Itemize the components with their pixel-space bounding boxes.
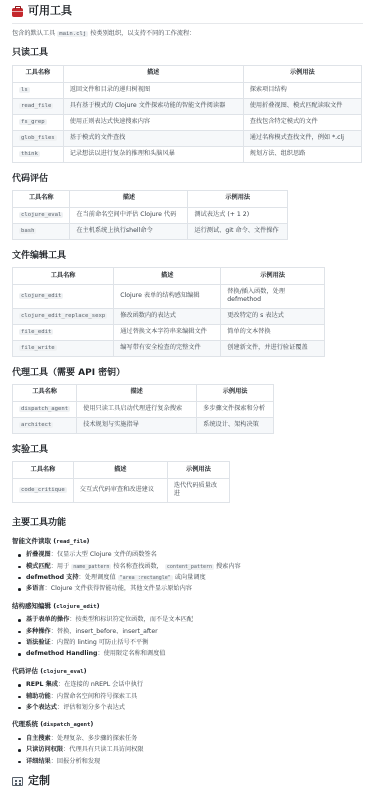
file-editing-tools-heading: 文件编辑工具 (12, 250, 363, 262)
feature-text: ：替换、insert_before、insert_after (51, 628, 158, 635)
feature-list: 自主搜索：处理复杂、多步骤的探索任务 只读访问权限：代理具有只读工具访问权限 详… (12, 735, 363, 766)
list-item: 辅助功能：内置命名空间和符号探索工具 (26, 693, 363, 701)
feature-term: defmethod 支持 (26, 574, 79, 581)
feature-term: 模式匹配 (26, 563, 51, 570)
tool-usage: 探索项目结构 (243, 82, 361, 98)
tool-usage: 多步骤文件探索和分析 (197, 401, 274, 417)
feature-group-title: 智能文件读取 (read_file) (12, 537, 363, 547)
feature-text: 搜索内容 (214, 563, 241, 570)
tool-description: 使用只读工具启动代理进行复杂搜索 (77, 401, 197, 417)
tool-name-cell: clojure_edit_replace_sexp (13, 308, 114, 324)
experimental-tools-heading: 实验工具 (12, 444, 363, 456)
tool-description: 在当前命名空间中评估 Clojure 代码 (70, 207, 188, 223)
intro-text-start: 包含的默认工具 (12, 30, 57, 37)
tool-description: 返回文件和目录的递归树视图 (63, 82, 243, 98)
tool-name: clojure_edit (19, 293, 63, 299)
customization-heading: 定制 (12, 774, 363, 793)
feature-text: ：处理复杂、多步骤的探索任务 (51, 735, 138, 742)
tool-name-cell: code_critique (13, 478, 74, 502)
feature-text: ：处理调度值 (79, 574, 118, 581)
intro-code: main.clj (57, 31, 88, 37)
available-tools-title: 可用工具 (28, 4, 72, 19)
table-row: think 记录想法以进行复杂的推理和头脑风暴 规划方法、组织思路 (13, 146, 362, 162)
tool-name-cell: architect (13, 417, 77, 433)
tool-description: 修改函数内的表达式 (114, 308, 221, 324)
feature-group-title: 代码评估 (clojure_eval) (12, 667, 363, 677)
feature-term: 自主搜索 (26, 735, 51, 742)
column-header-name: 工具名称 (13, 461, 74, 478)
table-row: clojure_eval 在当前命名空间中评估 Clojure 代码 测试表达式… (13, 207, 288, 223)
feature-group-code: clojure_eval (43, 669, 83, 675)
list-item: REPL 集成：在连接的 nREPL 会话中执行 (26, 681, 363, 689)
column-header-description: 描述 (73, 461, 167, 478)
tool-name: code_critique (19, 487, 67, 493)
tool-name-cell: read_file (13, 98, 64, 114)
list-item: 基于表单的操作：按类型和标识符定位函数，而不是文本匹配 (26, 616, 363, 624)
tool-name-cell: clojure_eval (13, 207, 70, 223)
column-header-name: 工具名称 (13, 65, 64, 82)
tool-usage: 简单的文本替换 (221, 324, 325, 340)
table-row: read_file 具有基于模式的 Clojure 文件探索功能的智能文件阅读器… (13, 98, 362, 114)
column-header-usage: 示例用法 (243, 65, 361, 82)
feature-term: 语法验证 (26, 639, 51, 646)
tool-usage: 创建新文件，并进行验证覆盖 (221, 340, 325, 356)
feature-term: 详细结果 (26, 758, 51, 765)
tool-name: think (19, 151, 40, 157)
table-row: file_write 编写带有安全检查的完整文件 创建新文件，并进行验证覆盖 (13, 340, 325, 356)
tool-name: file_edit (19, 329, 53, 335)
tool-description: 基于模式的文件查找 (63, 130, 243, 146)
tool-name-cell: ls (13, 82, 64, 98)
tool-description: 使用正则表达式快速搜索内容 (63, 114, 243, 130)
toolbox-icon (12, 8, 23, 17)
feature-text: ：在连接的 nREPL 会话中执行 (58, 681, 143, 688)
feature-term: 多种操作 (26, 628, 51, 635)
feature-text: ：评估和划分多个表达式 (57, 704, 125, 711)
intro-text: 包含的默认工具 main.clj 按类别组织，以支持不同的工作流程： (12, 30, 363, 39)
feature-term: 辅助功能 (26, 693, 51, 700)
tool-name-cell: clojure_edit (13, 284, 114, 308)
tool-description: 具有基于模式的 Clojure 文件探索功能的智能文件阅读器 (63, 98, 243, 114)
feature-group-code: clojure_edit (56, 604, 96, 610)
tool-name: bash (19, 228, 36, 234)
tool-name: glob_files (19, 135, 57, 141)
feature-list: 基于表单的操作：按类型和标识符定位函数，而不是文本匹配 多种操作：替换、inse… (12, 616, 363, 658)
tool-name: architect (19, 422, 53, 428)
list-item: 折叠视图：仅显示大型 Clojure 文件的函数签名 (26, 551, 363, 559)
table-row: architect 技术规划与实施指导 系统设计、架构决策 (13, 417, 274, 433)
tool-name-cell: think (13, 146, 64, 162)
list-item: 多种操作：替换、insert_before、insert_after (26, 628, 363, 636)
table-row: code_critique 交互式代码审查和改进建议 迭代代码质量改进 (13, 478, 230, 502)
file-editing-tools-table: 工具名称 描述 示例用法 clojure_edit Clojure 表单的结构感… (12, 267, 325, 357)
list-item: 多语言：Clojure 文件获得智能功能，其他文件显示原始内容 (26, 585, 363, 593)
tool-name: read_file (19, 103, 53, 109)
table-row: dispatch_agent 使用只读工具启动代理进行复杂搜索 多步骤文件探索和… (13, 401, 274, 417)
document-page: 可用工具 包含的默认工具 main.clj 按类别组织，以支持不同的工作流程： … (0, 4, 375, 793)
customization-title: 定制 (28, 774, 50, 789)
feature-list: REPL 集成：在连接的 nREPL 会话中执行 辅助功能：内置命名空间和符号探… (12, 681, 363, 712)
feature-text: 按名称查找函数， (111, 563, 164, 570)
table-row: ls 返回文件和目录的递归树视图 探索项目结构 (13, 82, 362, 98)
tool-name-cell: fs_grep (13, 114, 64, 130)
list-item: 自主搜索：处理复杂、多步骤的探索任务 (26, 735, 363, 743)
tool-description: 在主机系统上执行shell命令 (70, 223, 188, 239)
feature-text: 或向量调度 (173, 574, 206, 581)
tool-usage: 测试表达式 (+ 1 2) (188, 207, 288, 223)
feature-group-label: 结构感知编辑 (12, 602, 51, 610)
tool-usage: 运行测试、git 命令、文件操作 (188, 223, 288, 239)
code-evaluation-table: 工具名称 描述 示例用法 clojure_eval 在当前命名空间中评估 Clo… (12, 190, 288, 240)
column-header-description: 描述 (77, 384, 197, 401)
feature-text: ：内置的 linting 可防止括号不平衡 (51, 639, 149, 646)
tool-description: 通过替换文本字符串来编辑文件 (114, 324, 221, 340)
column-header-description: 描述 (70, 190, 188, 207)
list-item: 多个表达式：评估和划分多个表达式 (26, 704, 363, 712)
experimental-tools-table: 工具名称 描述 示例用法 code_critique 交互式代码审查和改进建议 … (12, 461, 230, 503)
column-header-name: 工具名称 (13, 267, 114, 284)
read-only-tools-table: 工具名称 描述 示例用法 ls 返回文件和目录的递归树视图 探索项目结构 rea… (12, 65, 362, 163)
column-header-name: 工具名称 (13, 190, 70, 207)
read-only-tools-heading: 只读工具 (12, 47, 363, 59)
tool-name-cell: dispatch_agent (13, 401, 77, 417)
settings-panel-icon (12, 777, 23, 786)
intro-text-end: 按类别组织，以支持不同的工作流程： (88, 30, 195, 37)
table-row: glob_files 基于模式的文件查找 通过名称模式查找文件，例如 *.clj (13, 130, 362, 146)
feature-term: REPL 集成 (26, 681, 58, 688)
tool-name: file_write (19, 345, 57, 351)
feature-text: ：代理具有只读工具访问权限 (63, 746, 143, 753)
feature-group-code: read_file (56, 539, 86, 545)
agent-tools-heading: 代理工具（需要 API 密钥） (12, 367, 363, 379)
feature-term: defmethod Handling (26, 650, 97, 657)
tool-description: 交互式代码审查和改进建议 (73, 478, 167, 502)
tool-description: 编写带有安全检查的完整文件 (114, 340, 221, 356)
feature-group-title: 结构感知编辑 (clojure_edit) (12, 602, 363, 612)
code-evaluation-heading: 代码评估 (12, 173, 363, 185)
tool-usage: 替换/插入函数，处理 defmethod (221, 284, 325, 308)
list-item: 详细结果：回报分析和发现 (26, 758, 363, 766)
feature-code: content_pattern (165, 564, 214, 570)
table-row: fs_grep 使用正则表达式快速搜索内容 查找包含特定模式的文件 (13, 114, 362, 130)
feature-text: ：用于 (51, 563, 72, 570)
tool-usage: 查找包含特定模式的文件 (243, 114, 361, 130)
table-header-row: 工具名称 描述 示例用法 (13, 461, 230, 478)
feature-group-title: 代理系统 (dispatch_agent) (12, 720, 363, 730)
tool-usage: 迭代代码质量改进 (167, 478, 229, 502)
column-header-usage: 示例用法 (167, 461, 229, 478)
tool-name-cell: file_write (13, 340, 114, 356)
feature-text: ：内置命名空间和符号探索工具 (51, 693, 138, 700)
feature-term: 基于表单的操作 (26, 616, 69, 623)
tool-usage: 规划方法、组织思路 (243, 146, 361, 162)
column-header-usage: 示例用法 (221, 267, 325, 284)
feature-group-label: 智能文件读取 (12, 537, 51, 545)
feature-group-code: dispatch_agent (43, 722, 90, 728)
feature-text: ：Clojure 文件获得智能功能，其他文件显示原始内容 (45, 585, 192, 592)
tool-name-cell: file_edit (13, 324, 114, 340)
table-row: bash 在主机系统上执行shell命令 运行测试、git 命令、文件操作 (13, 223, 288, 239)
tool-name-cell: glob_files (13, 130, 64, 146)
list-item: 模式匹配：用于 name_pattern 按名称查找函数， content_pa… (26, 563, 363, 571)
feature-term: 多语言 (26, 585, 45, 592)
table-header-row: 工具名称 描述 示例用法 (13, 267, 325, 284)
feature-text: ：使用限定名称和调度值 (97, 650, 165, 657)
feature-group-label: 代理系统 (12, 720, 38, 728)
table-row: file_edit 通过替换文本字符串来编辑文件 简单的文本替换 (13, 324, 325, 340)
list-item: defmethod Handling：使用限定名称和调度值 (26, 650, 363, 658)
feature-code: "area :rectangle" (118, 575, 173, 581)
list-item: defmethod 支持：处理调度值 "area :rectangle" 或向量… (26, 574, 363, 582)
feature-list: 折叠视图：仅显示大型 Clojure 文件的函数签名 模式匹配：用于 name_… (12, 551, 363, 593)
tool-description: Clojure 表单的结构感知编辑 (114, 284, 221, 308)
feature-text: ：仅显示大型 Clojure 文件的函数签名 (51, 551, 157, 558)
feature-term: 折叠视图 (26, 551, 51, 558)
tool-usage: 使用折叠视图、模式匹配读取文件 (243, 98, 361, 114)
column-header-usage: 示例用法 (188, 190, 288, 207)
tool-name: fs_grep (19, 119, 47, 125)
available-tools-heading: 可用工具 (12, 4, 363, 24)
column-header-description: 描述 (114, 267, 221, 284)
list-item: 只读访问权限：代理具有只读工具访问权限 (26, 746, 363, 754)
key-features-heading: 主要工具功能 (12, 517, 363, 529)
table-header-row: 工具名称 描述 示例用法 (13, 65, 362, 82)
tool-usage: 更改特定的 s 表达式 (221, 308, 325, 324)
table-header-row: 工具名称 描述 示例用法 (13, 190, 288, 207)
feature-text: ：回报分析和发现 (51, 758, 101, 765)
column-header-usage: 示例用法 (197, 384, 274, 401)
tool-name-cell: bash (13, 223, 70, 239)
table-header-row: 工具名称 描述 示例用法 (13, 384, 274, 401)
tool-name: clojure_eval (19, 212, 63, 218)
table-row: clojure_edit Clojure 表单的结构感知编辑 替换/插入函数，处… (13, 284, 325, 308)
tool-name: clojure_edit_replace_sexp (19, 313, 107, 319)
feature-text: ：按类型和标识符定位函数，而不是文本匹配 (69, 616, 193, 623)
tool-name: ls (19, 87, 30, 93)
table-row: clojure_edit_replace_sexp 修改函数内的表达式 更改特定… (13, 308, 325, 324)
tool-usage: 通过名称模式查找文件，例如 *.clj (243, 130, 361, 146)
agent-tools-table: 工具名称 描述 示例用法 dispatch_agent 使用只读工具启动代理进行… (12, 384, 274, 434)
tool-usage: 系统设计、架构决策 (197, 417, 274, 433)
feature-group-label: 代码评估 (12, 667, 38, 675)
tool-description: 技术规划与实施指导 (77, 417, 197, 433)
feature-term: 只读访问权限 (26, 746, 63, 753)
tool-name: dispatch_agent (19, 406, 70, 412)
feature-code: name_pattern (71, 564, 111, 570)
list-item: 语法验证：内置的 linting 可防止括号不平衡 (26, 639, 363, 647)
column-header-description: 描述 (63, 65, 243, 82)
column-header-name: 工具名称 (13, 384, 77, 401)
tool-description: 记录想法以进行复杂的推理和头脑风暴 (63, 146, 243, 162)
feature-term: 多个表达式 (26, 704, 57, 711)
